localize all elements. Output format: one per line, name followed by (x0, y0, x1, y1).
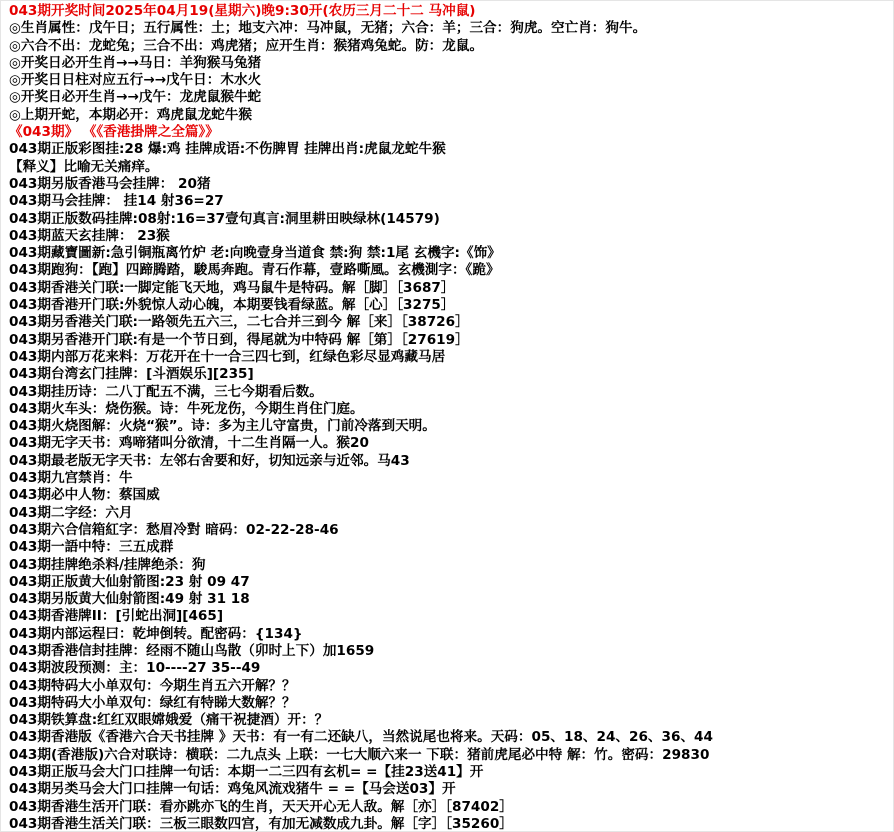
liuhe-not-out: ◎六合不出：龙蛇兔；三合不出：鸡虎猪；应开生肖：猴猪鸡兔蛇。防：龙鼠。 (9, 38, 893, 55)
gualishi: 043期挂历诗：二八丁配五不满，三七今期看后数。 (9, 384, 893, 401)
lingban-huangdaxian: 043期另版黄大仙射箭图:49 射 31 18 (9, 591, 893, 608)
yiyu-zhongte: 043期一語中特：三五成群 (9, 539, 893, 556)
must-open-zodiac-wuwu: ◎开奖日必开生肖→→戊午：龙虎鼠猴牛蛇 (9, 89, 893, 106)
ling-hk-guanmenlian: 043期另香港关门联:一路领先五六三，二七合并三到今 解［来］［38726］ (9, 314, 893, 331)
xinxiang-hongzi: 043期六合信箱紅字：愁眉冷對 暗码：02-22-28-46 (9, 522, 893, 539)
ling-hk-kaimenlian: 043期另香港开门联:有是一个节日到，得尾就为中特码 解［第］［27619］ (9, 332, 893, 349)
header-draw-time: 043期开奖时间2025年04月19(星期六)晚9:30开(农历三月二十二 马冲… (9, 3, 893, 20)
liuhe-duilianshi: 043期(香港版)六合对联诗：横联：二九点头 上联：一七大顺六来一 下联：猪前虎… (9, 747, 893, 764)
guapai-title: 《043期》 《《香港掛牌之全篇》》 (9, 124, 893, 141)
linglei-damenkou: 043期另类马会大门口挂牌一句话：鸡兔风流戏猪牛 = =【马会送03】开 (9, 781, 893, 798)
zhengban-damenkou: 043期正版马会大门口挂牌一句话：本期一二三四有玄机= =【挂23送41】开 (9, 764, 893, 781)
hk-pai-ii: 043期香港牌II：[引蛇出洞][465] (9, 608, 893, 625)
huochetou: 043期火车头：烧伤猴。诗：牛死龙伤，今期生肖住门庭。 (9, 401, 893, 418)
shuma-guapai: 043期正版数码挂牌:08射:16=37壹句真言:洞里耕田映绿林(14579) (9, 211, 893, 228)
tiesuanpan: 043期铁算盘:红红双眼嫦娥爱（痛干祝捷酒）开：？ (9, 712, 893, 729)
content-lines: 043期开奖时间2025年04月19(星期六)晚9:30开(农历三月二十二 马冲… (9, 3, 893, 832)
lingban-guapai: 043期另版香港马会挂牌： 20猪 (9, 176, 893, 193)
laoban-wuzi-tianshu: 043期最老版无字天书：左邻右舍要和好，切知远亲与近邻。马43 (9, 453, 893, 470)
caitu-gua: 043期正版彩图挂:28 爆:鸡 挂牌成语:不伤脾胃 挂牌出肖:虎鼠龙蛇牛猴 (9, 141, 893, 158)
wuzi-tianshu: 043期无字天书：鸡啼猪叫分欲清，十二生肖隔一人。猴20 (9, 435, 893, 452)
last-period-line: ◎上期开蛇，本期必开：鸡虎鼠龙蛇牛猴 (9, 107, 893, 124)
shenghuo-guanmenlian: 043期香港生活关门联：三板三眼数四宫，有加无减数成九卦。解［字］［35260］ (9, 816, 893, 832)
shiyi: 【释义】比喻无关痛痒。 (9, 159, 893, 176)
mahui-guapai: 043期马会挂牌： 挂14 射36=27 (9, 193, 893, 210)
guapai-juesha: 043期挂牌绝杀料/挂牌绝杀：狗 (9, 557, 893, 574)
cangbaotu: 043期藏寶圖新:急引铜瓶离竹炉 老:向晚壹身当道食 禁:狗 禁:1尾 玄機字:… (9, 245, 893, 262)
liuhe-tianshu: 043期香港版《香港六合天书挂牌 》天书：有一有二还缺八，当然说尾也将来。天码：… (9, 729, 893, 746)
hk-guanmenlian: 043期香港关门联:一脚定能飞天地，鸡马鼠牛是特码。解［脚］［3687］ (9, 280, 893, 297)
jiugong-jinxiao: 043期九宫禁肖：牛 (9, 470, 893, 487)
boduan-yuce: 043期波段预测：主：10----27 35--49 (9, 660, 893, 677)
tema-daxiao-2: 043期特码大小单双句：绿红有特睇大数解？？ (9, 695, 893, 712)
wanhua-lailiao: 043期内部万花来料：万花开在十一合三四七到，红绿色彩尽显鸡藏马居 (9, 349, 893, 366)
bizhong-renwu: 043期必中人物：蔡国威 (9, 487, 893, 504)
erzijing: 043期二字经：六月 (9, 505, 893, 522)
hk-kaimenlian: 043期香港开门联:外貌惊人动心魄，本期要钱看绿蓝。解［心］［3275］ (9, 297, 893, 314)
neibu-yuncheng: 043期内部运程曰：乾坤倒转。配密码：{134} (9, 626, 893, 643)
taiwan-xuanmen: 043期台湾玄门挂牌：[斗酒娱乐][235] (9, 366, 893, 383)
five-elements-line: ◎开奖日日柱对应五行→→戊午日：木水火 (9, 72, 893, 89)
paogou: 043期跑狗：【跑】四蹄腾踏，駿馬奔跑。青石作幕，壹路嘶風。玄機測字：《跪》 (9, 262, 893, 279)
tema-daxiao-1: 043期特码大小单双句：今期生肖五六开解？？ (9, 678, 893, 695)
zodiac-attributes: ◎生肖属性：戊午日；五行属性：土；地支六冲：马冲鼠，无猪；六合：羊；三合：狗虎。… (9, 20, 893, 37)
lottery-info-page: 043期开奖时间2025年04月19(星期六)晚9:30开(农历三月二十二 马冲… (0, 0, 894, 832)
xinfeng-guapai: 043期香港信封挂牌：经雨不随山鸟散（卯时上下）加1659 (9, 643, 893, 660)
shenghuo-kaimenlian: 043期香港生活开门联：看亦跳亦飞的生肖，天天开心无人敌。解［亦］［87402］ (9, 799, 893, 816)
must-open-zodiac-ma: ◎开奖日必开生肖→→马日：羊狗猴马兔猪 (9, 55, 893, 72)
zhengban-huangdaxian: 043期正版黄大仙射箭图:23 射 09 47 (9, 574, 893, 591)
huoshao-tujie: 043期火烧图解：火烧“猴”。诗：多为主儿守富贵，门前冷落到天明。 (9, 418, 893, 435)
lantian-guapai: 043期蓝天玄挂牌： 23猴 (9, 228, 893, 245)
